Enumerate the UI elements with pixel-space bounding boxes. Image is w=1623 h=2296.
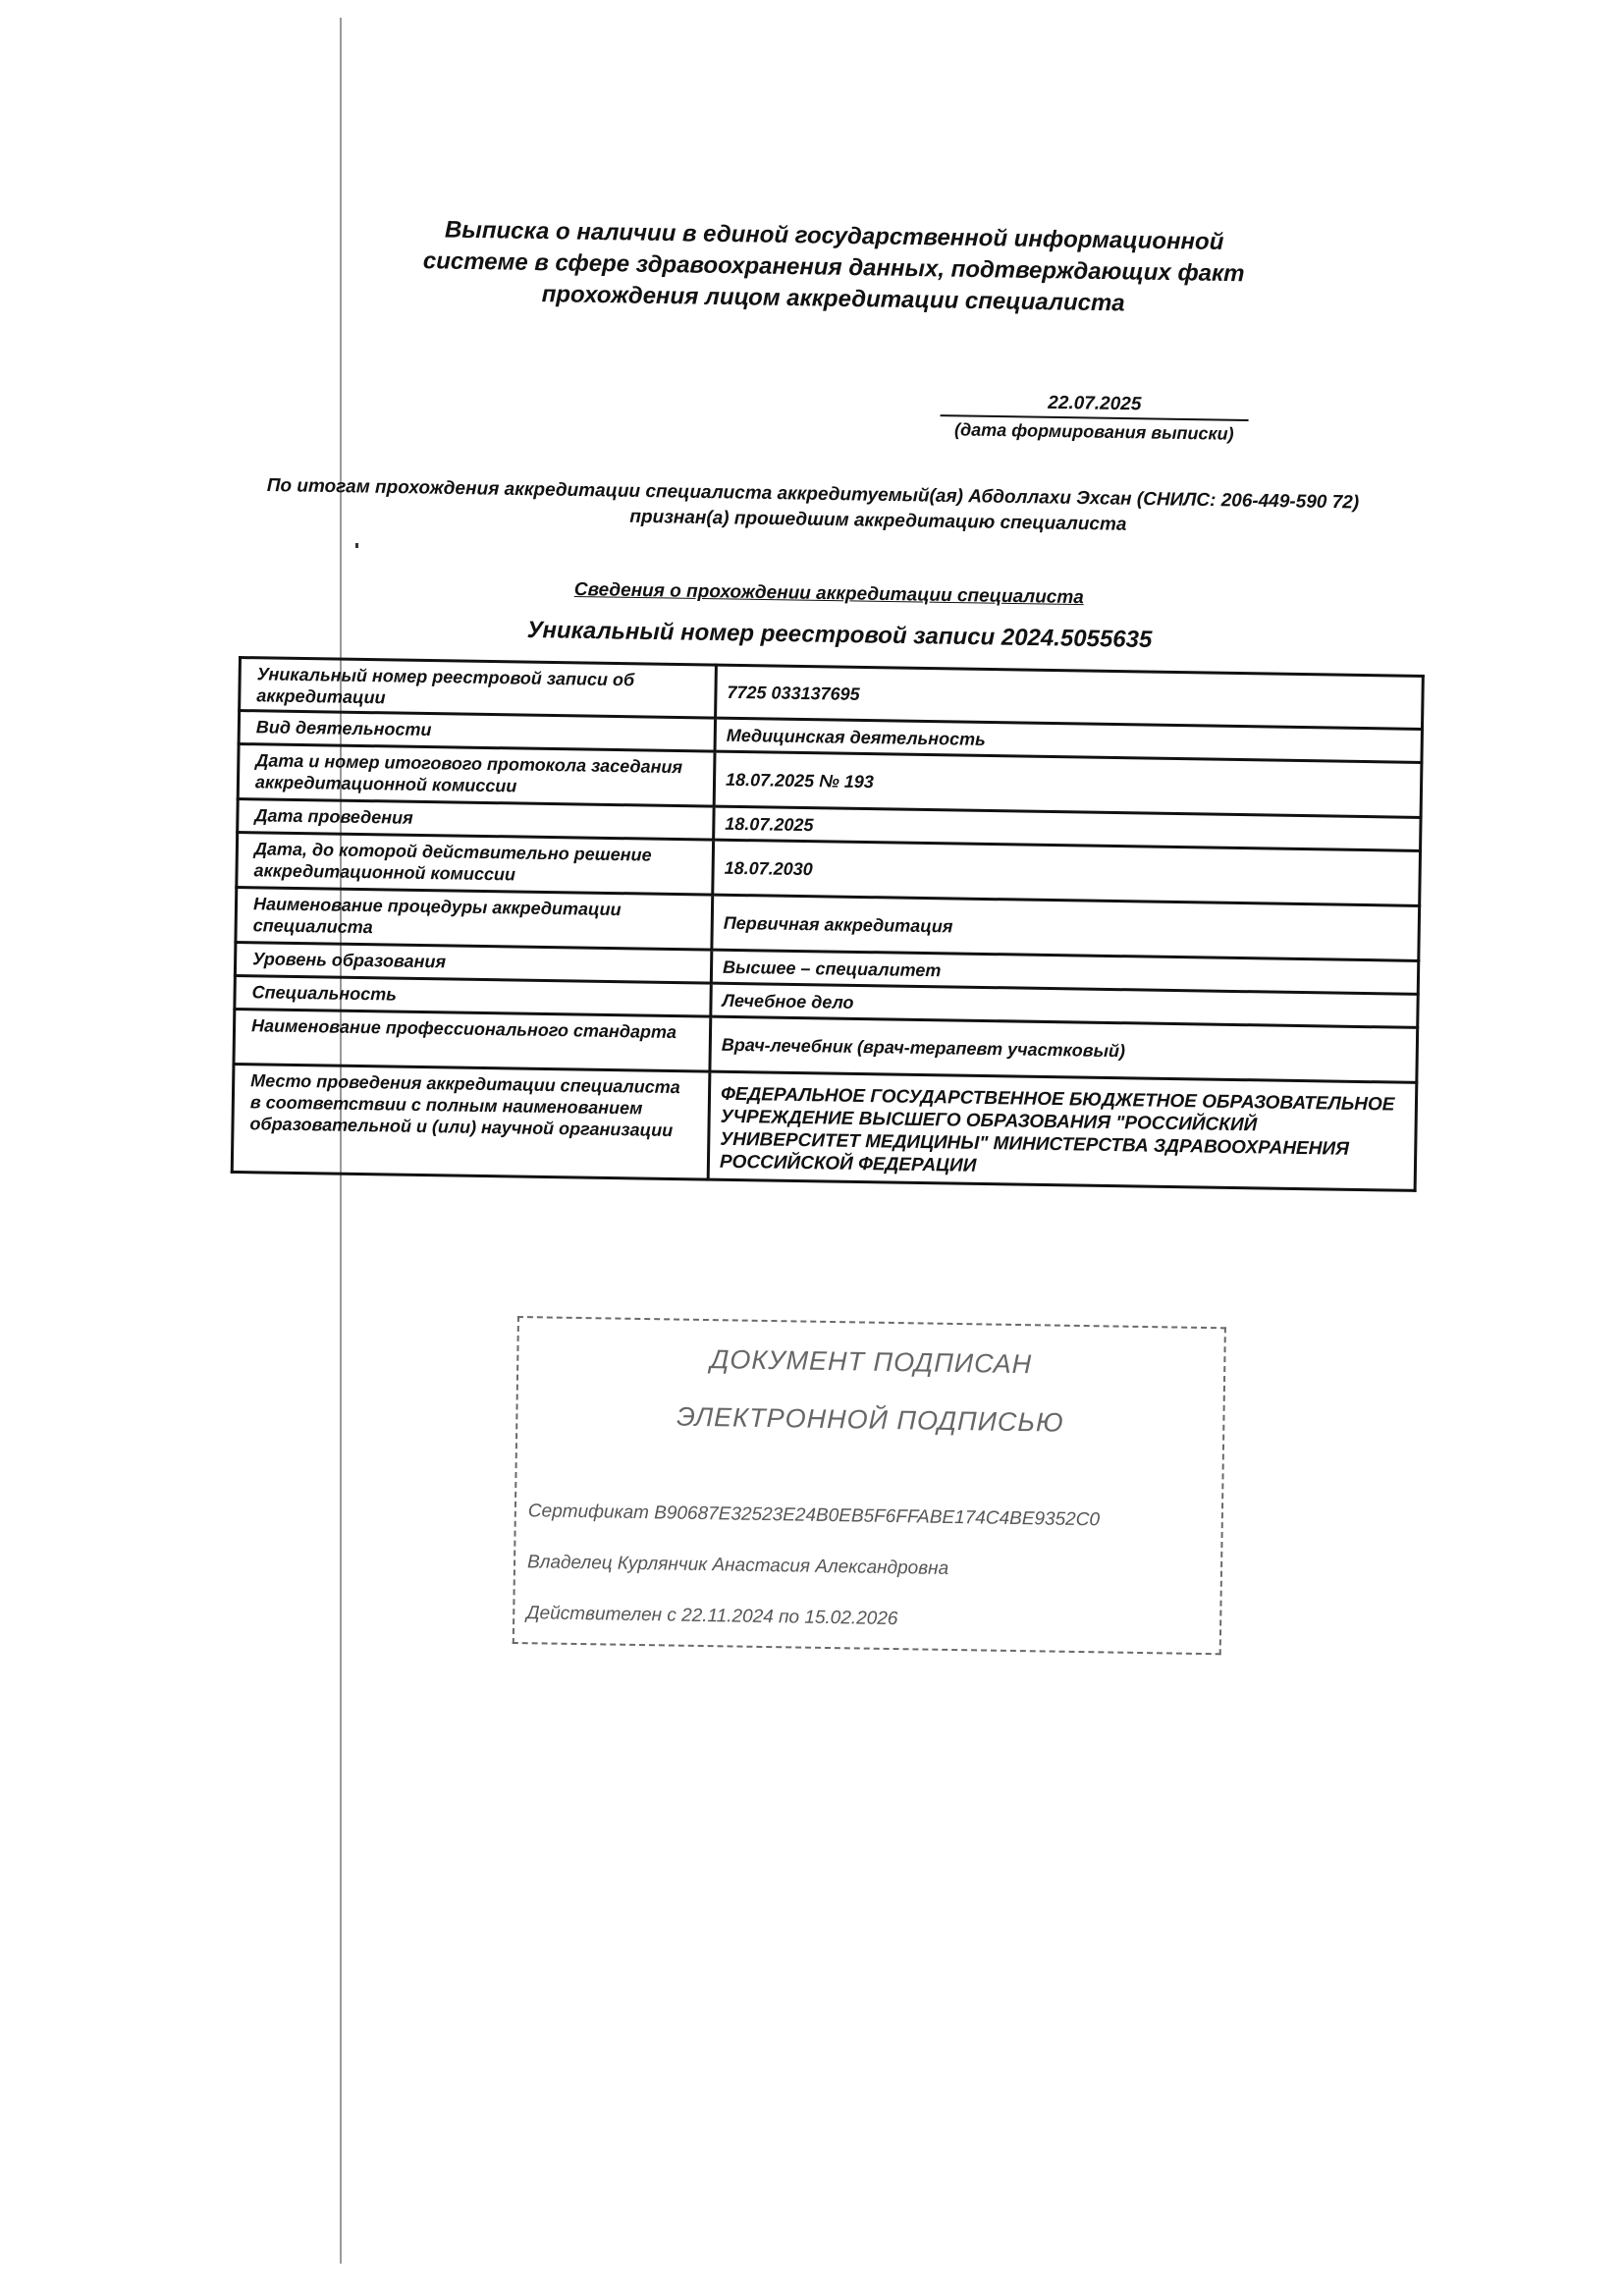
certificate-number: Сертификат B90687E32523E24B0EB5F6FFABE17… (528, 1501, 1100, 1531)
scan-speck (355, 543, 358, 548)
stamp-title-line-1: ДОКУМЕНТ ПОДПИСАН (518, 1341, 1223, 1383)
row-label: Наименование процедуры аккредитации спец… (236, 887, 713, 950)
row-label: Дата и номер итогового протокола заседан… (238, 744, 715, 807)
table-row: Место проведения аккредитации специалист… (232, 1064, 1417, 1190)
issue-date-caption: (дата формирования выписки) (932, 419, 1256, 445)
document-title: Выписка о наличии в единой государственн… (410, 214, 1256, 321)
certificate-owner: Владелец Курлянчик Анастасия Александров… (527, 1552, 948, 1580)
stamp-title-line-2: ЭЛЕКТРОННОЙ ПОДПИСЬЮ (517, 1399, 1222, 1441)
electronic-signature-stamp: ДОКУМЕНТ ПОДПИСАН ЭЛЕКТРОННОЙ ПОДПИСЬЮ С… (513, 1316, 1226, 1655)
row-label: Дата, до которой действительно решение а… (237, 833, 714, 896)
issue-date: 22.07.2025 (941, 391, 1249, 421)
certificate-validity: Действителен с 22.11.2024 по 15.02.2026 (526, 1603, 898, 1630)
row-label: Уникальный номер реестровой записи об ак… (240, 658, 717, 719)
accreditation-table-wrap: Уникальный номер реестровой записи об ак… (231, 656, 1425, 1192)
section-heading: Сведения о прохождении аккредитации спец… (574, 579, 1084, 609)
accreditation-table: Уникальный номер реестровой записи об ак… (231, 656, 1425, 1192)
row-label: Место проведения аккредитации специалист… (232, 1064, 710, 1179)
issue-date-block: 22.07.2025 (дата формирования выписки) (932, 391, 1257, 445)
row-value: ФЕДЕРАЛЬНОЕ ГОСУДАРСТВЕННОЕ БЮДЖЕТНОЕ ОБ… (708, 1071, 1417, 1190)
accreditation-statement: По итогам прохождения аккредитации специ… (266, 473, 1445, 543)
row-label: Наименование профессионального стандарта (234, 1009, 711, 1071)
registry-number-heading: Уникальный номер реестровой записи 2024.… (527, 617, 1153, 654)
